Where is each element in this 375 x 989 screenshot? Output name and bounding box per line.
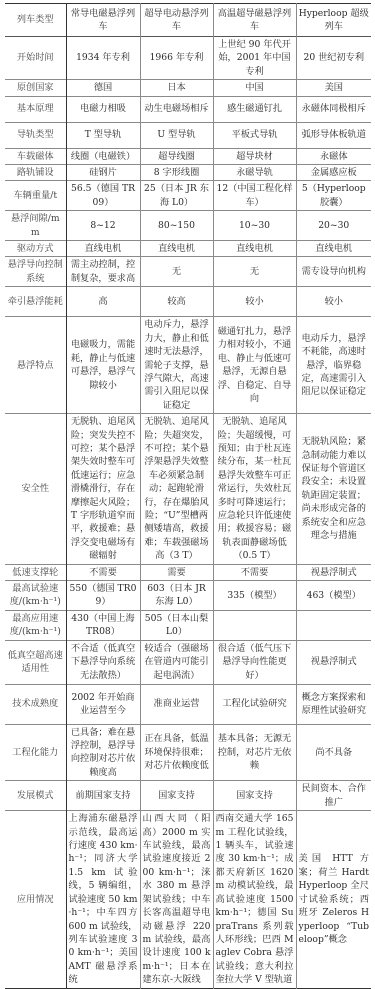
table-cell: 平板式导轨 bbox=[213, 122, 296, 148]
table-cell: 永磁体同极相斥 bbox=[296, 96, 371, 122]
table-cell: 335（模型） bbox=[213, 581, 296, 611]
table-cell: 美国 HTT 方案；荷兰 Hardt Hyperloop 全尺寸试验系统；西班牙… bbox=[296, 811, 371, 939]
table-row-start-time: 开始时间 1934 年专利 1966 年专利 上世纪 90 年代开始，2001 … bbox=[5, 37, 371, 80]
row-label: 低真空超高速适用性 bbox=[5, 640, 66, 684]
table-cell: 直线电机 bbox=[213, 241, 296, 257]
table-cell: 电动斥力，悬浮力大，静止和低速时无法悬浮，需轮子支撑，悬浮气隙大，高速需引入阻尼… bbox=[140, 317, 213, 414]
table-header-row: 列车类型 常导电磁悬浮列车 超导电动悬浮列车 高温超导磁悬浮列车 Hyperlo… bbox=[5, 4, 371, 37]
table-cell: 603（日本 JR 东海 L0） bbox=[140, 581, 213, 611]
table-cell: T 型导轨 bbox=[66, 122, 140, 148]
row-label: 路轨铺设 bbox=[5, 165, 66, 181]
table-row-country: 原创国家 德国 日本 中国 美国 bbox=[5, 80, 371, 96]
row-label: 应用情况 bbox=[5, 811, 66, 939]
row-label: 低速支撑轮 bbox=[5, 564, 66, 580]
table-row-levitation-features: 悬浮特点 电磁吸力，需能耗，静止与低速可悬浮，悬浮气隙较小 电动斥力，悬浮力大，… bbox=[5, 317, 371, 414]
table-cell bbox=[213, 610, 296, 640]
table-cell: 直线电机 bbox=[66, 241, 140, 257]
table-cell: 电磁力相吸 bbox=[66, 96, 140, 122]
table-cell: 弧形导体板轨道 bbox=[296, 122, 371, 148]
row-label: 开始时间 bbox=[5, 37, 66, 80]
table-cell: 较小 bbox=[213, 287, 296, 317]
row-label: 最高试验速度/(km·h⁻¹) bbox=[5, 581, 66, 611]
table-cell: 上世纪 90 年代开始，2001 年中国专利 bbox=[213, 37, 296, 80]
table-cell: 永磁体 bbox=[296, 148, 371, 164]
table-cell: 概念方案探索和原理性试验研究 bbox=[296, 684, 371, 724]
row-label: 技术成熟度 bbox=[5, 684, 66, 724]
row-label: 车载磁体 bbox=[5, 148, 66, 164]
table-cell: 较适合（强磁场在管道内可能引起电涡流） bbox=[140, 640, 213, 684]
table-cell: 感生磁通钉扎 bbox=[213, 96, 296, 122]
table-cell: 56.5（德国 TR09） bbox=[66, 181, 140, 211]
table-cell: 视悬浮制式 bbox=[296, 564, 371, 580]
table-cell: 不需要 bbox=[213, 564, 296, 580]
row-label: 基本原理 bbox=[5, 96, 66, 122]
row-label: 悬浮导向控制系统 bbox=[5, 257, 66, 287]
header-train-type: 列车类型 bbox=[5, 4, 66, 37]
row-label: 发展模式 bbox=[5, 781, 66, 811]
table-cell: 25（日本 JR 东海 L0） bbox=[140, 181, 213, 211]
table-cell: 西南交通大学 165 m 工程化试验线，1 辆头车，试验速度 30 km·h⁻¹… bbox=[213, 811, 296, 939]
table-cell: 基本具备；无源无控制，对芯片无依赖 bbox=[213, 724, 296, 781]
table-cell: 超导线圈 bbox=[140, 148, 213, 164]
table-cell: 无 bbox=[213, 257, 296, 287]
table-cell: 日本 bbox=[140, 80, 213, 96]
table-cell: 尚不具备 bbox=[296, 724, 371, 781]
row-label: 车辆重量/t bbox=[5, 181, 66, 211]
table-cell: 无脱轨风险；紧急制动能力难以保证每个管道区段安全；未设置轨距固定装置；尚未形成完… bbox=[296, 414, 371, 564]
table-cell: 高 bbox=[66, 287, 140, 317]
table-cell bbox=[296, 610, 371, 640]
table-cell: 无脱轨、追尾风险；突发失控不可控；某个悬浮架失效时整车可低速运行；应急滑橇滑行，… bbox=[66, 414, 140, 564]
table-cell: 中国 bbox=[213, 80, 296, 96]
table-cell: 463（模型） bbox=[296, 581, 371, 611]
table-cell: 1934 年专利 bbox=[66, 37, 140, 80]
header-hyperloop: Hyperloop 超级列车 bbox=[296, 4, 371, 37]
row-label: 悬浮特点 bbox=[5, 317, 66, 414]
table-row-support-wheel: 低速支撑轮 不需要 需要 不需要 视悬浮制式 bbox=[5, 564, 371, 580]
table-cell: 很合适（低气压下悬浮导向性能更好） bbox=[213, 640, 296, 684]
table-cell: 视悬浮制式 bbox=[296, 640, 371, 684]
header-eds: 超导电动悬浮列车 bbox=[140, 4, 213, 37]
table-cell: 准商业运营 bbox=[140, 684, 213, 724]
table-row-drive: 驱动方式 直线电机 直线电机 直线电机 直线电机 bbox=[5, 241, 371, 257]
table-cell: 12（中国工程化样车） bbox=[213, 181, 296, 211]
row-label: 导轨类型 bbox=[5, 122, 66, 148]
table-cell: 美国 bbox=[296, 80, 371, 96]
table-row-onboard-magnet: 车载磁体 线圈（电磁铁） 超导线圈 超导块材 永磁体 bbox=[5, 148, 371, 164]
table-cell: 已具备；难在悬浮控制，悬浮导向控制对芯片依赖度高 bbox=[66, 724, 140, 781]
table-cell: 无 bbox=[140, 257, 213, 287]
table-cell: 电磁吸力，需能耗，静止与低速可悬浮，悬浮气隙较小 bbox=[66, 317, 140, 414]
table-cell: 550（德国 TR09） bbox=[66, 581, 140, 611]
table-row-vacuum-suitability: 低真空超高速适用性 不合适（低真空下悬浮导向系统无法散热） 较适合（强磁场在管道… bbox=[5, 640, 371, 684]
table-cell: 20 世纪初专利 bbox=[296, 37, 371, 80]
table-row-levitation-gap: 悬浮间隙/mm 8~12 80~150 10~30 20~30 bbox=[5, 211, 371, 241]
table-cell: 动生电磁场相斥 bbox=[140, 96, 213, 122]
table-row-weight: 车辆重量/t 56.5（德国 TR09） 25（日本 JR 东海 L0） 12（… bbox=[5, 181, 371, 211]
table-cell: 5（Hyperloop 胶囊） bbox=[296, 181, 371, 211]
table-row-engineering: 工程化能力 已具备；难在悬浮控制，悬浮导向控制对芯片依赖度高 正在具备，低温环境… bbox=[5, 724, 371, 781]
table-cell: 2002 年开始商业运营至今 bbox=[66, 684, 140, 724]
table-cell: 民间资本、合作推广 bbox=[296, 781, 371, 811]
table-cell: 超导块材 bbox=[213, 148, 296, 164]
row-label: 驱动方式 bbox=[5, 241, 66, 257]
table-cell: 8~12 bbox=[66, 211, 140, 241]
table-cell: 10~30 bbox=[213, 211, 296, 241]
row-label: 悬浮间隙/mm bbox=[5, 211, 66, 241]
header-hts: 高温超导磁悬浮列车 bbox=[213, 4, 296, 37]
maglev-comparison-table: 列车类型 常导电磁悬浮列车 超导电动悬浮列车 高温超导磁悬浮列车 Hyperlo… bbox=[5, 3, 371, 939]
table-row-maturity: 技术成熟度 2002 年开始商业运营至今 准商业运营 工程化试验研究 概念方案探… bbox=[5, 684, 371, 724]
table-row-development-mode: 发展模式 前期国家支持 国家支持 国家支持 民间资本、合作推广 bbox=[5, 781, 371, 811]
table-cell: 8 字形线圈 bbox=[140, 165, 213, 181]
table-cell: 需专设导向机构 bbox=[296, 257, 371, 287]
table-cell: 无脱轨、追尾风险；失超缓慢，可预知；由于杜瓦连续分布，某一杜瓦悬浮失效整车可正常… bbox=[213, 414, 296, 564]
row-label: 牵引悬浮能耗 bbox=[5, 287, 66, 317]
table-row-track: 路轨铺设 硅钢片 8 字形线圈 永磁导轨 金属感应板 bbox=[5, 165, 371, 181]
table-row-max-app-speed: 最高应用速度/(km·h⁻¹) 430（中国上海 TR08） 505（日本山梨 … bbox=[5, 610, 371, 640]
table-cell: 不需要 bbox=[66, 564, 140, 580]
table-cell: 505（日本山梨 L0） bbox=[140, 610, 213, 640]
table-row-applications: 应用情况 上海浦东磁悬浮示范线，最高运行速度 430 km·h⁻¹；同济大学 1… bbox=[5, 811, 371, 939]
table-cell: 不合适（低真空下悬浮导向系统无法散热） bbox=[66, 640, 140, 684]
row-label: 工程化能力 bbox=[5, 724, 66, 781]
table-cell: 永磁导轨 bbox=[213, 165, 296, 181]
table-cell: 20~30 bbox=[296, 211, 371, 241]
table-cell: U 型导轨 bbox=[140, 122, 213, 148]
table-cell: 430（中国上海 TR08） bbox=[66, 610, 140, 640]
table-cell: 正在具备，低温环境保持很难；对芯片依赖度低 bbox=[140, 724, 213, 781]
table-cell: 需要 bbox=[140, 564, 213, 580]
table-row-max-test-speed: 最高试验速度/(km·h⁻¹) 550（德国 TR09） 603（日本 JR 东… bbox=[5, 581, 371, 611]
row-label: 安全性 bbox=[5, 414, 66, 564]
table-row-safety: 安全性 无脱轨、追尾风险；突发失控不可控；某个悬浮架失效时整车可低速运行；应急滑… bbox=[5, 414, 371, 564]
table-row-control-system: 悬浮导向控制系统 需主动控制，控制复杂，要求高 无 无 需专设导向机构 bbox=[5, 257, 371, 287]
table-cell: 较小 bbox=[296, 287, 371, 317]
table-cell: 上海浦东磁悬浮示范线，最高运行速度 430 km·h⁻¹；同济大学 1.5 km… bbox=[66, 811, 140, 939]
table-cell: 直线电机 bbox=[140, 241, 213, 257]
row-label: 原创国家 bbox=[5, 80, 66, 96]
table-cell: 线圈（电磁铁） bbox=[66, 148, 140, 164]
table-cell: 国家支持 bbox=[213, 781, 296, 811]
table-cell: 硅钢片 bbox=[66, 165, 140, 181]
table-cell: 无脱轨、追尾风险；失超突发，不可控；某个悬浮架悬浮失效整车必须紧急制动；起跑轮滑… bbox=[140, 414, 213, 564]
table-row-principle: 基本原理 电磁力相吸 动生电磁场相斥 感生磁通钉扎 永磁体同极相斥 bbox=[5, 96, 371, 122]
table-row-guideway: 导轨类型 T 型导轨 U 型导轨 平板式导轨 弧形导体板轨道 bbox=[5, 122, 371, 148]
table-cell: 德国 bbox=[66, 80, 140, 96]
table-cell: 磁通钉扎力，悬浮力相对较小，不通电、静止与低速可悬浮，无源自悬浮、自稳定、自导向 bbox=[213, 317, 296, 414]
table-cell: 金属感应板 bbox=[296, 165, 371, 181]
header-ems: 常导电磁悬浮列车 bbox=[66, 4, 140, 37]
table-cell: 电动斥力，悬浮不耗能，高速时悬浮，临界稳定，高速需引入阻尼以保证稳定 bbox=[296, 317, 371, 414]
table-cell: 国家支持 bbox=[140, 781, 213, 811]
table-cell: 直线电机 bbox=[296, 241, 371, 257]
table-cell: 需主动控制，控制复杂，要求高 bbox=[66, 257, 140, 287]
table-cell: 80~150 bbox=[140, 211, 213, 241]
table-cell: 1966 年专利 bbox=[140, 37, 213, 80]
table-cell: 山西大同（阳高）2000 m 实车试验线，最高试验速度接近 200 km·h⁻¹… bbox=[140, 811, 213, 939]
table-row-energy: 牵引悬浮能耗 高 较高 较小 较小 bbox=[5, 287, 371, 317]
table-cell: 工程化试验研究 bbox=[213, 684, 296, 724]
table-cell: 较高 bbox=[140, 287, 213, 317]
table-cell: 前期国家支持 bbox=[66, 781, 140, 811]
row-label: 最高应用速度/(km·h⁻¹) bbox=[5, 610, 66, 640]
document-page: 列车类型 常导电磁悬浮列车 超导电动悬浮列车 高温超导磁悬浮列车 Hyperlo… bbox=[5, 3, 371, 939]
